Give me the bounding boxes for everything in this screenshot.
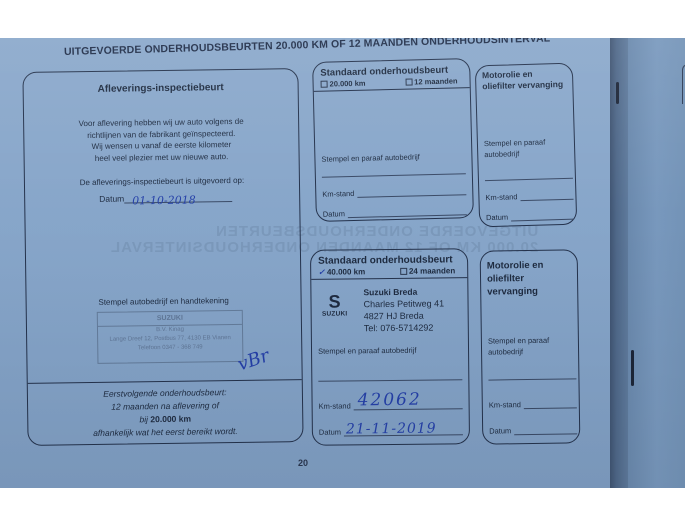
date-line: 01-10-2018 [124,192,232,204]
stamp-line [488,378,576,380]
dealer-city: 4827 HJ Breda [364,309,445,322]
date-field: Datum [486,210,574,222]
stamp-line [318,379,462,382]
dealer-phone: Tel: 076-5714292 [364,321,445,334]
stamp-line-text: Stempel en paraaf [484,136,546,149]
date-label: Datum [486,213,508,223]
date-field: Datum [323,205,467,219]
stamp-label: Stempel en paraaf autobedrijf [318,346,416,356]
km-line [520,190,573,201]
dealer-street: Charles Petitweg 41 [363,297,444,310]
page-number: 20 [298,458,308,468]
stamp-label: Stempel en paraaf autobedrijf [321,152,420,163]
next-prefix: bij [139,414,148,424]
option-months: 12 maanden [405,76,458,86]
stamp-label-row: Stempel en paraaf autobedrijf [318,345,462,356]
suzuki-s-icon: S [317,292,351,310]
booklet-photo: UITGEVOERDE ONDERHOUDSBEURTEN 20.000 KM … [0,38,685,488]
km-handwritten: 42062 [358,390,422,411]
binding-mark [616,82,619,104]
checkbox-empty-icon [400,268,407,275]
oil-title-line: oliefilter vervanging [482,79,563,92]
km-field: Km-stand [322,185,466,199]
km-line: 42062 [354,399,463,410]
dealer-name: Suzuki Breda [363,285,444,298]
option-km-label: 20.000 km [330,79,366,89]
booklet-page-left: UITGEVOERDE ONDERHOUDSBEURTEN 20.000 KM … [0,38,610,488]
stamp-line-text: autobedrijf [488,346,549,358]
oil-stamp-label: Stempel en paraaf autobedrijf [484,136,546,160]
stamp-line [485,178,573,181]
date-line [511,210,574,222]
option-months-label: 24 maanden [409,266,455,275]
date-label: Datum [319,428,341,437]
suzuki-wordmark: SUZUKI [318,310,352,317]
delivery-inspection-box: Afleverings-inspectiebeurt Voor afleveri… [22,68,303,446]
option-km: ✓40.000 km [318,267,365,276]
standard-service-box-2: Standaard onderhoudsbeurt ✓40.000 km 24 … [310,248,470,446]
checkbox-empty-icon [405,79,412,86]
standard-service-box-1: Standaard onderhoudsbeurt 20.000 km 12 m… [312,58,474,222]
dealer-stamp-faded: SUZUKI B.V. Kinag Lange Dreef 12, Postbu… [97,310,244,364]
next-km-bold: 20.000 km [150,414,191,425]
stamp-label-row: Stempel en paraaf autobedrijf [321,151,465,164]
page-heading: UITGEVOERDE ONDERHOUDSBEURTEN 20.000 KM … [64,38,564,58]
service-options: ✓40.000 km 24 maanden [318,266,461,276]
date-field: Datum [489,424,577,435]
box-divider [28,379,302,384]
option-km: 20.000 km [321,79,366,89]
delivery-inspection-title: Afleverings-inspectiebeurt [24,81,298,96]
date-line: 21-11-2019 [344,425,463,436]
date-label: Datum [489,426,511,435]
oil-title: Motorolie en oliefilter vervanging [487,258,578,298]
date-field: Datum 21-11-2019 [319,425,463,437]
km-label: Km-stand [489,400,521,409]
date-label: Datum [99,194,124,204]
delivery-date-field: Datum 01-10-2018 [99,192,232,204]
service-header: Standaard onderhoudsbeurt 20.000 km 12 m… [313,59,470,92]
service-header: Standaard onderhoudsbeurt ✓40.000 km 24 … [311,249,467,280]
stamp-line [322,173,466,178]
km-label: Km-stand [322,189,354,199]
date-line [348,205,467,218]
km-label: Km-stand [485,192,517,202]
option-km-label: 40.000 km [327,267,365,276]
option-months-label: 12 maanden [414,76,458,86]
km-line [357,185,466,198]
checkmark-icon: ✓ [318,268,325,277]
service-title: Standaard onderhoudsbeurt [318,254,461,266]
km-field: Km-stand [489,398,577,409]
performed-on-label: De afleverings-inspectiebeurt is uitgevo… [25,175,299,188]
date-label: Datum [323,209,345,219]
next-service-note: Eerstvolgende onderhoudsbeurt: 12 maande… [28,385,303,441]
oil-change-box-1: Motorolie en oliefilter vervanging Stemp… [475,63,577,228]
suzuki-logo: S SUZUKI [317,292,351,317]
km-field: Km-stand [485,190,573,202]
checkbox-empty-icon [321,81,328,88]
booklet-page-right [628,38,685,488]
oil-stamp-label: Stempel en paraaf autobedrijf [488,335,550,358]
option-months: 24 maanden [400,266,455,276]
km-label: Km-stand [319,401,351,410]
stamp-signature-label: Stempel autobedrijf en handtekening [27,295,301,308]
intro-line: heel veel plezier met uw nieuwe auto. [25,150,299,165]
stamp-line-text: Stempel en paraaf [488,335,549,347]
stamp-line-text: autobedrijf [484,147,546,160]
km-line [524,398,577,409]
date-line [514,424,577,435]
oil-title: Motorolie en oliefilter vervanging [482,68,563,92]
binding-mark [631,350,634,386]
next-line: afhankelijk wat het eerst bereikt wordt. [28,424,302,441]
dealer-address: Suzuki Breda Charles Petitweg 41 4827 HJ… [363,285,444,334]
dealer-stamp: S SUZUKI Suzuki Breda Charles Petitweg 4… [317,285,464,337]
km-field: Km-stand 42062 [319,399,463,411]
oil-title-line: Motorolie en [487,258,577,272]
oil-change-box-2: Motorolie en oliefilter vervanging Stemp… [480,249,581,444]
oil-title-line: oliefilter vervanging [487,271,577,298]
date-handwritten: 21-11-2019 [346,421,437,438]
delivery-intro-text: Voor aflevering hebben wij uw auto volge… [24,115,299,165]
delivery-date-handwritten: 01-10-2018 [132,194,196,203]
